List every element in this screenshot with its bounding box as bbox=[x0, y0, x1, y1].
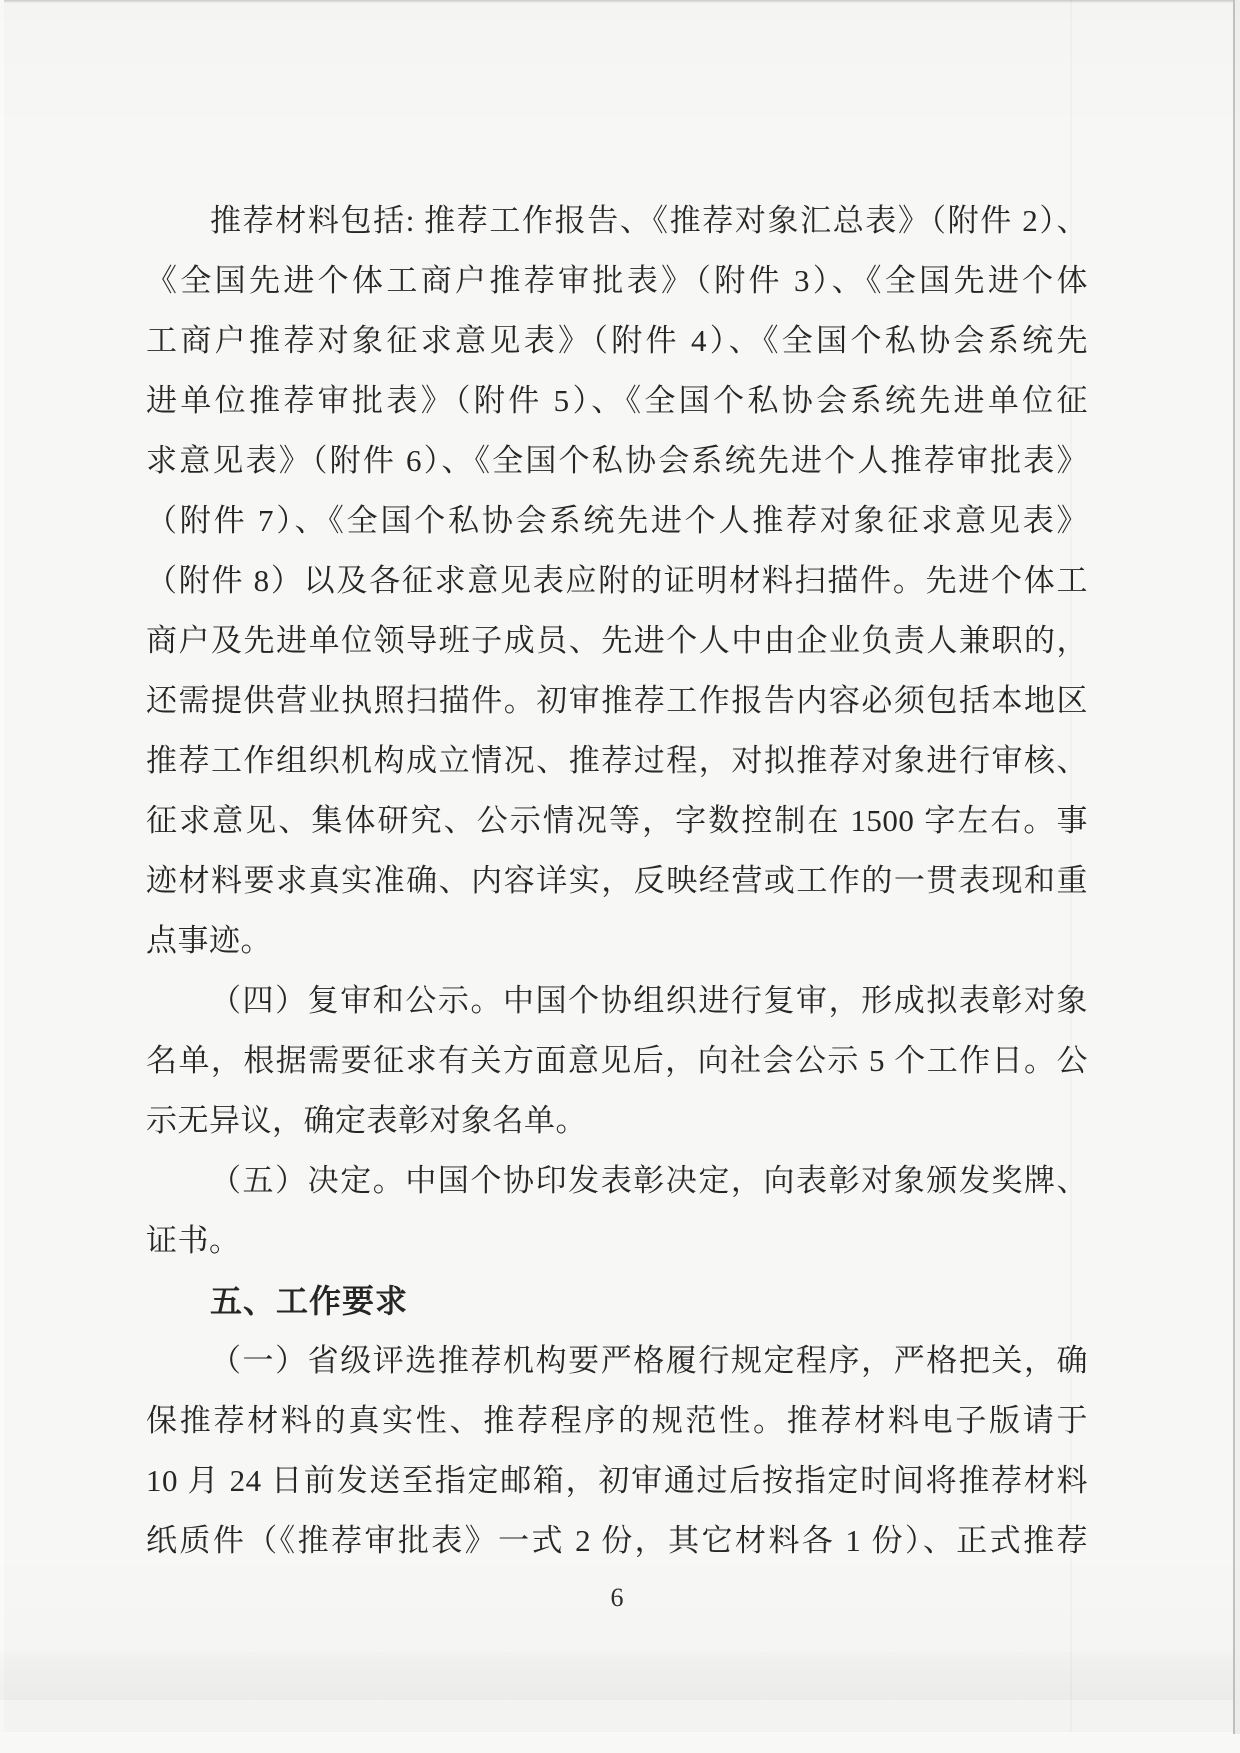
scan-edge-right-strip bbox=[1235, 0, 1240, 1734]
text-line: 推荐材料包括: 推荐工作报告、《推荐对象汇总表》（附件 2）、 bbox=[146, 191, 1088, 251]
scan-bottom-strip bbox=[0, 1732, 1240, 1753]
document-text-block: 推荐材料包括: 推荐工作报告、《推荐对象汇总表》（附件 2）、《全国先进个体工商… bbox=[146, 191, 1088, 1613]
text-line: （五）决定。中国个协印发表彰决定，向表彰对象颁发奖牌、 bbox=[146, 1151, 1088, 1211]
text-line: 保推荐材料的真实性、推荐程序的规范性。推荐材料电子版请于 bbox=[146, 1391, 1088, 1451]
text-line: 商户及先进单位领导班子成员、先进个人中由企业负责人兼职的， bbox=[146, 611, 1088, 671]
scan-edge-right bbox=[1233, 0, 1235, 1734]
scan-edge-top bbox=[0, 0, 1240, 3]
text-line: 还需提供营业执照扫描件。初审推荐工作报告内容必须包括本地区 bbox=[146, 671, 1088, 731]
text-line: 进单位推荐审批表》（附件 5）、《全国个私协会系统先进单位征 bbox=[146, 371, 1088, 431]
text-line: （一）省级评选推荐机构要严格履行规定程序，严格把关，确 bbox=[146, 1331, 1088, 1391]
page-number: 6 bbox=[146, 1583, 1088, 1613]
text-line: 《全国先进个体工商户推荐审批表》（附件 3）、《全国先进个体 bbox=[146, 251, 1088, 311]
text-line: 点事迹。 bbox=[146, 911, 1088, 971]
text-line: （附件 8）以及各征求意见表应附的证明材料扫描件。先进个体工 bbox=[146, 551, 1088, 611]
text-line: 10 月 24 日前发送至指定邮箱，初审通过后按指定时间将推荐材料 bbox=[146, 1451, 1088, 1511]
section-heading: 五、工作要求 bbox=[146, 1271, 1088, 1331]
scanned-page: 推荐材料包括: 推荐工作报告、《推荐对象汇总表》（附件 2）、《全国先进个体工商… bbox=[0, 0, 1240, 1753]
text-line: （附件 7）、《全国个私协会系统先进个人推荐对象征求意见表》 bbox=[146, 491, 1088, 551]
scan-shadow-band bbox=[0, 1652, 1240, 1700]
text-line: 示无异议，确定表彰对象名单。 bbox=[146, 1091, 1088, 1151]
text-line: 纸质件（《推荐审批表》一式 2 份，其它材料各 1 份）、正式推荐 bbox=[146, 1511, 1088, 1571]
text-line: 征求意见、集体研究、公示情况等，字数控制在 1500 字左右。事 bbox=[146, 791, 1088, 851]
scan-edge-left bbox=[0, 0, 4, 1753]
text-line: 证书。 bbox=[146, 1211, 1088, 1271]
text-line: 工商户推荐对象征求意见表》（附件 4）、《全国个私协会系统先 bbox=[146, 311, 1088, 371]
text-line: 求意见表》（附件 6）、《全国个私协会系统先进个人推荐审批表》 bbox=[146, 431, 1088, 491]
document-lines: 推荐材料包括: 推荐工作报告、《推荐对象汇总表》（附件 2）、《全国先进个体工商… bbox=[146, 191, 1088, 1571]
text-line: 推荐工作组织机构成立情况、推荐过程，对拟推荐对象进行审核、 bbox=[146, 731, 1088, 791]
text-line: （四）复审和公示。中国个协组织进行复审，形成拟表彰对象 bbox=[146, 971, 1088, 1031]
text-line: 迹材料要求真实准确、内容详实，反映经营或工作的一贯表现和重 bbox=[146, 851, 1088, 911]
text-line: 名单，根据需要征求有关方面意见后，向社会公示 5 个工作日。公 bbox=[146, 1031, 1088, 1091]
